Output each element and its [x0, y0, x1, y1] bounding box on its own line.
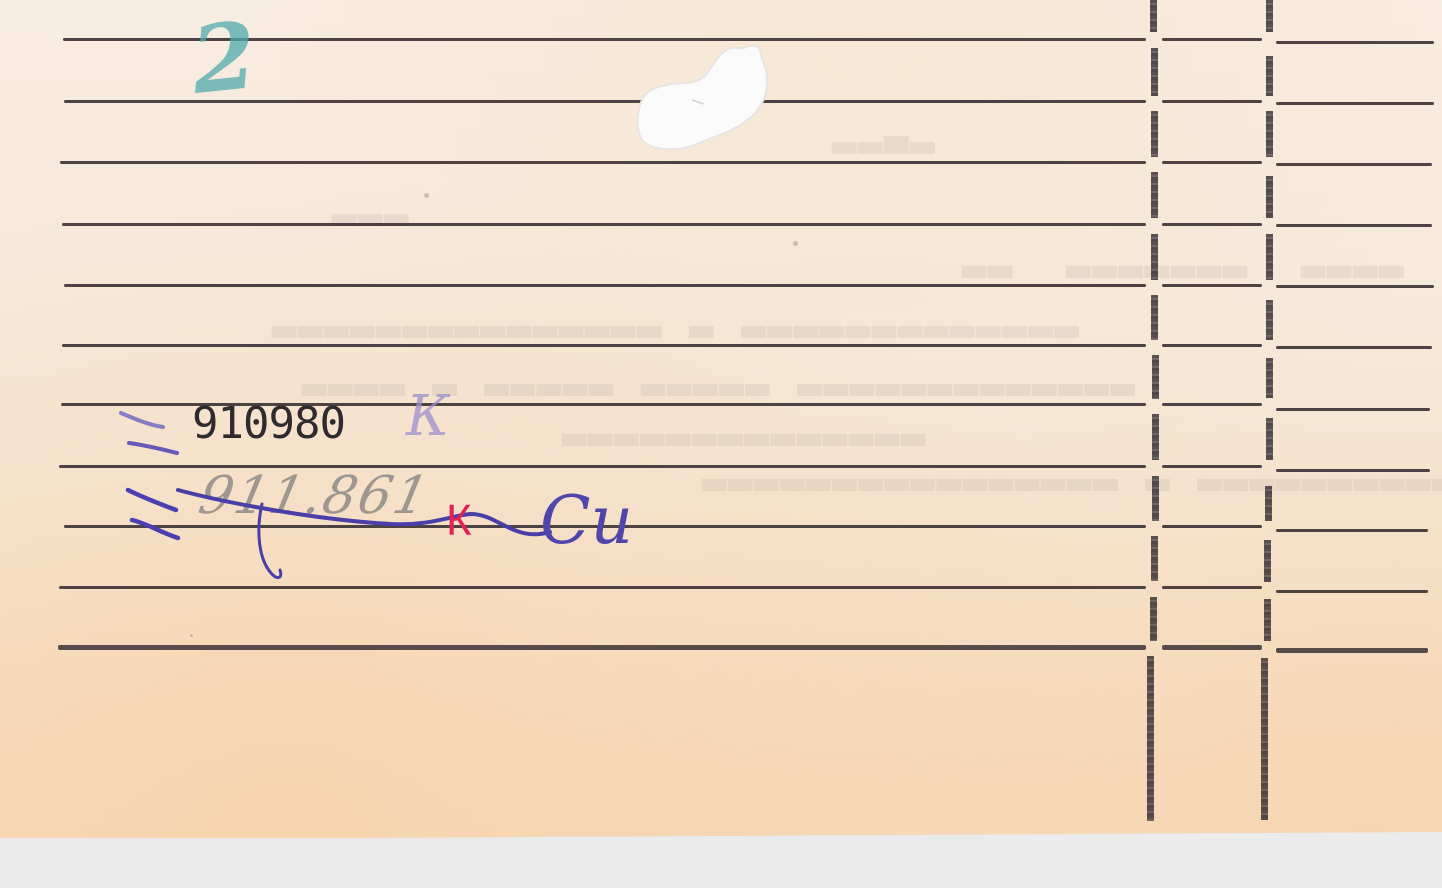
ruling-line [62, 223, 1146, 226]
ruling-line [1276, 41, 1434, 44]
pen-mark-equals [115, 405, 195, 465]
column-ruling [1151, 111, 1158, 157]
ruling-line [1162, 38, 1262, 41]
red-mark: К [446, 496, 472, 546]
ruling-line [1276, 408, 1430, 411]
ruling-line [1276, 529, 1428, 532]
corner-number: 2 [187, 1, 262, 115]
column-ruling [1147, 656, 1154, 821]
bleed-through-text: ▂▂▂▂ ▂▂▂▂▂▂▂ ▂▂ [960, 232, 1403, 278]
ruling-line [1276, 285, 1434, 288]
bleed-through-text: ▂▃▂▂ [830, 108, 934, 154]
paper-speck [190, 634, 193, 637]
paper-speck [793, 241, 798, 246]
column-ruling [1266, 358, 1273, 398]
ruling-line [1276, 469, 1430, 472]
ruling-line [1162, 403, 1262, 406]
column-ruling [1266, 111, 1273, 157]
column-ruling [1266, 56, 1273, 96]
ruling-line [1162, 223, 1262, 226]
inventory-number: 910980 [192, 398, 345, 449]
ruling-line [60, 161, 1146, 164]
catalog-card: ▂▃▂▂ ▂▂▂ ▂▂▂▂ ▂▂▂▂▂▂▂ ▂▂ ▂▂▂▂▂▂▂▂▂▂▂▂▂ ▂… [0, 0, 1442, 838]
column-ruling [1266, 418, 1273, 460]
ruling-line [1276, 590, 1428, 593]
column-ruling [1150, 597, 1157, 641]
ruling-line [62, 344, 1146, 347]
ruling-line [1162, 161, 1262, 164]
ruling-line [1162, 465, 1262, 468]
scanned-card-image: ▂▃▂▂ ▂▂▂ ▂▂▂▂ ▂▂▂▂▂▂▂ ▂▂ ▂▂▂▂▂▂▂▂▂▂▂▂▂ ▂… [0, 0, 1442, 888]
column-ruling [1151, 234, 1158, 280]
ruling-line [1276, 224, 1432, 227]
column-ruling [1150, 0, 1157, 32]
bleed-through-text: ▂▂▂ [330, 180, 408, 226]
ruling-line [1276, 163, 1432, 166]
ruling-line [1276, 346, 1432, 349]
ruling-line [1162, 100, 1262, 103]
ruling-line-bottom [58, 645, 1146, 650]
column-ruling [1264, 540, 1271, 582]
ruling-line-bottom [1276, 648, 1428, 653]
ruling-line [1162, 525, 1262, 528]
bleed-through-text: ▂▂▂▂▂▂▂▂▂▂▂▂▂▂ [560, 400, 925, 446]
ruling-line [1162, 586, 1262, 589]
correction-fluid-blob [632, 42, 772, 154]
signature: Си [540, 482, 633, 559]
column-ruling [1266, 234, 1273, 280]
column-ruling [1151, 536, 1158, 581]
bleed-through-text: ▂▂▂▂▂▂▂▂▂▂▂▂▂ ▂ ▂▂▂▂▂▂▂▂▂▂▂▂▂▂▂ [270, 292, 1079, 338]
column-ruling [1152, 476, 1159, 521]
bleed-through-text: ▂▂▂▂▂▂▂▂▂▂▂ ▂ ▂▂▂▂▂▂▂▂▂▂▂▂▂▂▂▂ [700, 445, 1442, 491]
column-ruling [1151, 48, 1158, 96]
strike-through-stroke [170, 480, 570, 590]
inventory-mark: К [406, 384, 449, 449]
column-ruling [1261, 658, 1268, 820]
column-ruling [1266, 176, 1273, 218]
ruling-line-bottom [1162, 645, 1262, 650]
ruling-line [1162, 344, 1262, 347]
column-ruling [1152, 414, 1159, 460]
column-ruling [1266, 300, 1273, 340]
column-ruling [1264, 599, 1271, 641]
ruling-line [1162, 284, 1262, 287]
paper-speck [424, 193, 429, 198]
column-ruling [1152, 355, 1159, 399]
ruling-line [1276, 102, 1434, 105]
column-ruling [1151, 295, 1158, 340]
ruling-line [64, 284, 1146, 287]
column-ruling [1266, 0, 1273, 32]
column-ruling [1151, 172, 1158, 218]
column-ruling [1265, 486, 1272, 521]
